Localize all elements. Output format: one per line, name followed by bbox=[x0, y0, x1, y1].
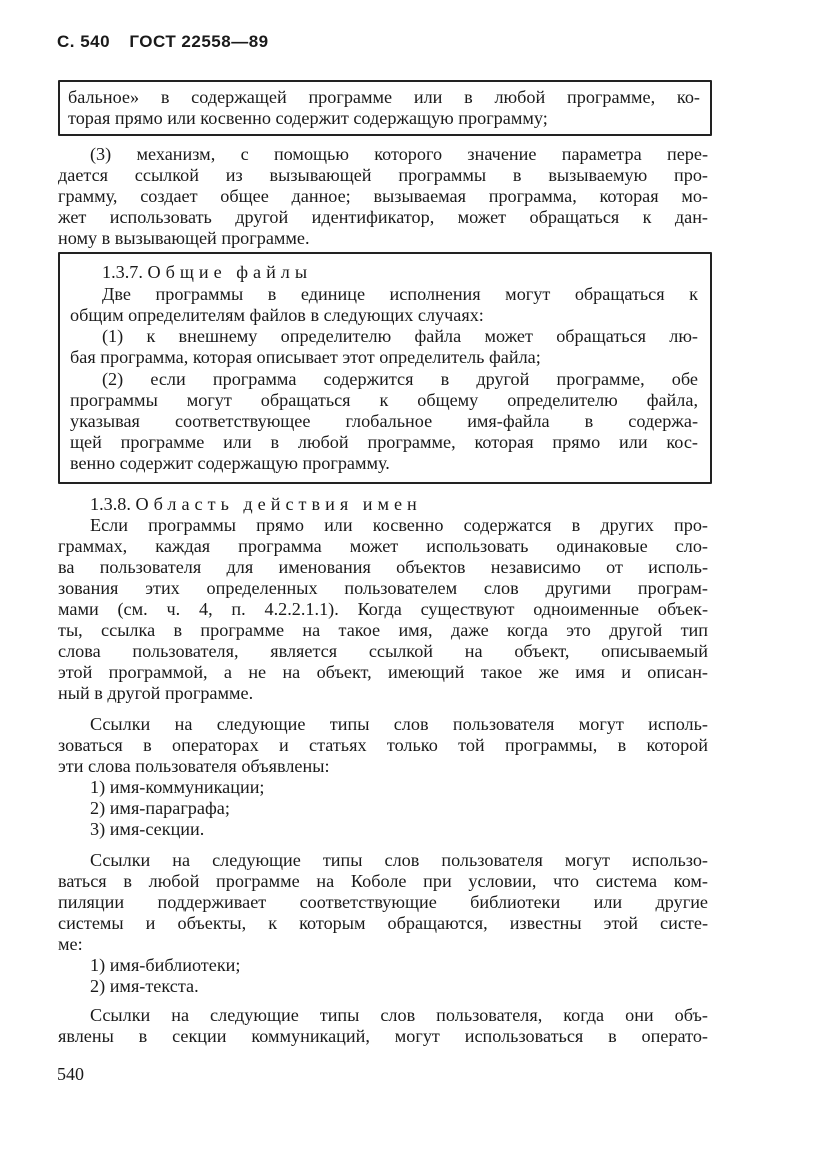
text-line: зоваться в операторах и статьях только т… bbox=[58, 735, 708, 756]
text-line: этой программой, а не на объект, имеющий… bbox=[58, 662, 708, 683]
section-number: 1.3.7. bbox=[102, 262, 143, 282]
text-line: грамму, создает общее данное; вызываемая… bbox=[58, 186, 708, 207]
text-line: бальное» в содержащей программе или в лю… bbox=[68, 87, 700, 108]
text-line: Ссылки на следующие типы слов пользовате… bbox=[90, 850, 708, 871]
text-line: ному в вызывающей программе. bbox=[58, 228, 310, 249]
text-line: общим определителям файлов в следующих с… bbox=[70, 305, 484, 326]
text-line: ва пользователя для именования объектов … bbox=[58, 557, 708, 578]
standard-number: ГОСТ 22558—89 bbox=[129, 32, 268, 51]
text-line: ты, ссылка в программе на такое имя, даж… bbox=[58, 620, 708, 641]
text-line: ный в другой программе. bbox=[58, 683, 253, 704]
text-line: дается ссылкой из вызывающей программы в… bbox=[58, 165, 708, 186]
page-label: С. 540 bbox=[57, 32, 110, 51]
section-number: 1.3.8. bbox=[90, 494, 131, 514]
text-line: (2) если программа содержится в другой п… bbox=[102, 369, 698, 390]
text-line: граммах, каждая программа может использо… bbox=[58, 536, 708, 557]
text-line: щей программе или в любой программе, кот… bbox=[70, 432, 698, 453]
text-line: Если программы прямо или косвенно содерж… bbox=[90, 515, 708, 536]
running-header: С. 540 ГОСТ 22558—89 bbox=[57, 32, 283, 52]
text-line: указывая соответствующее глобальное имя-… bbox=[70, 411, 698, 432]
text-line: явлены в секции коммуникаций, могут испо… bbox=[58, 1026, 708, 1047]
text-line: Ссылки на следующие типы слов пользовате… bbox=[90, 714, 708, 735]
list-item: 1) имя-библиотеки; bbox=[90, 955, 240, 976]
list-item: 3) имя-секции. bbox=[90, 819, 204, 840]
list-item: 2) имя-текста. bbox=[90, 976, 199, 997]
text-line: эти слова пользователя объявлены: bbox=[58, 756, 330, 777]
text-line: торая прямо или косвенно содержит содерж… bbox=[68, 108, 548, 129]
text-line: (1) к внешнему определителю файла может … bbox=[102, 326, 698, 347]
text-line: бая программа, которая описывает этот оп… bbox=[70, 347, 541, 368]
section-title: Область действия имен bbox=[135, 494, 421, 514]
text-line: Две программы в единице исполнения могут… bbox=[102, 284, 698, 305]
text-line: системы и объекты, к которым обращаются,… bbox=[58, 913, 708, 934]
list-item: 1) имя-коммуникации; bbox=[90, 777, 265, 798]
text-line: мами (см. ч. 4, п. 4.2.2.1.1). Когда сущ… bbox=[58, 599, 708, 620]
section-title: Общие файлы bbox=[147, 262, 312, 282]
text-line: венно содержит содержащую программу. bbox=[70, 453, 390, 474]
text-line: жет использовать другой идентификатор, м… bbox=[58, 207, 708, 228]
section-heading-1-3-7: 1.3.7. Общие файлы bbox=[102, 262, 312, 283]
text-line: Ссылки на следующие типы слов пользовате… bbox=[90, 1005, 708, 1026]
text-line: зования этих определенных пользователем … bbox=[58, 578, 708, 599]
text-line: слова пользователя, является ссылкой на … bbox=[58, 641, 708, 662]
text-line: ваться в любой программе на Коболе при у… bbox=[58, 871, 708, 892]
page-number: 540 bbox=[57, 1064, 84, 1085]
text-line: ме: bbox=[58, 934, 83, 955]
section-heading-1-3-8: 1.3.8. Область действия имен bbox=[90, 494, 422, 515]
text-line: программы могут обращаться к общему опре… bbox=[70, 390, 698, 411]
text-line: пиляции поддерживает соответствующие биб… bbox=[58, 892, 708, 913]
text-line: (3) механизм, с помощью которого значени… bbox=[90, 144, 708, 165]
list-item: 2) имя-параграфа; bbox=[90, 798, 230, 819]
